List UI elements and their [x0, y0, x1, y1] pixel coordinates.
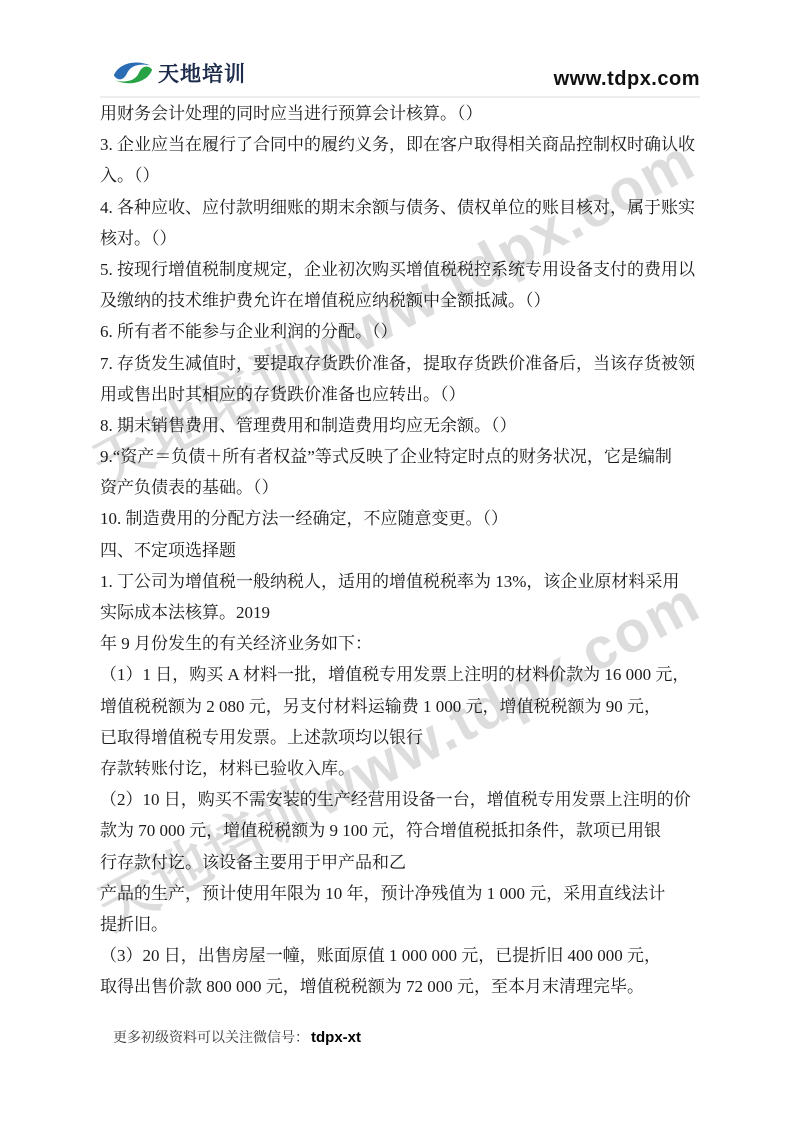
logo: 天地培训 — [113, 58, 246, 88]
text-line: 已取得增值税专用发票。上述款项均以银行 — [100, 722, 740, 753]
text-line: 产品的生产，预计使用年限为 10 年，预计净残值为 1 000 元，采用直线法计 — [100, 878, 740, 909]
text-line: 用或售出时其相应的存货跌价准备也应转出。（） — [100, 379, 740, 410]
text-line: 5. 按现行增值税制度规定，企业初次购买增值税税控系统专用设备支付的费用以 — [100, 254, 740, 285]
header-website-url: www.tdpx.com — [554, 68, 700, 91]
document-body: 用财务会计处理的同时应当进行预算会计核算。（）3. 企业应当在履行了合同中的履约… — [100, 98, 740, 1002]
text-line: 9.“资产＝负债＋所有者权益”等式反映了企业特定时点的财务状况，它是编制 — [100, 441, 740, 472]
text-line: 及缴纳的技术维护费允许在增值税应纳税额中全额抵减。（） — [100, 285, 740, 316]
text-line: 提折旧。 — [100, 909, 740, 940]
text-line: 核对。（） — [100, 223, 740, 254]
text-line: 存款转账付讫，材料已验收入库。 — [100, 753, 740, 784]
document-page: 天地培训www.tdpx.com 天地培训www.tdpx.com 天地培训 w… — [0, 0, 793, 1122]
text-line: （2）10 日，购买不需安装的生产经营用设备一台，增值税专用发票上注明的价 — [100, 784, 740, 815]
text-line: 4. 各种应收、应付款明细账的期末余额与债务、债权单位的账目核对，属于账实 — [100, 192, 740, 223]
logo-swirl-icon — [113, 58, 153, 88]
text-line: （1）1 日，购买 A 材料一批，增值税专用发票上注明的材料价款为 16 000… — [100, 659, 740, 690]
footer-note: 更多初级资料可以关注微信号： — [113, 1031, 309, 1046]
logo-text: 天地培训 — [158, 58, 246, 88]
text-line: 10. 制造费用的分配方法一经确定，不应随意变更。（） — [100, 503, 740, 534]
text-line: 年 9 月份发生的有关经济业务如下： — [100, 628, 740, 659]
footer-wechat-id: tdpx-xt — [309, 1029, 361, 1046]
text-line: 1. 丁公司为增值税一般纳税人，适用的增值税税率为 13%，该企业原材料采用 — [100, 566, 740, 597]
text-line: 实际成本法核算。2019 — [100, 597, 740, 628]
text-line: 增值税税额为 2 080 元，另支付材料运输费 1 000 元，增值税税额为 9… — [100, 691, 740, 722]
text-line: 3. 企业应当在履行了合同中的履约义务，即在客户取得相关商品控制权时确认收 — [100, 129, 740, 160]
text-line: 四、不定项选择题 — [100, 535, 740, 566]
text-line: 6. 所有者不能参与企业利润的分配。（） — [100, 316, 740, 347]
text-line: （3）20 日，出售房屋一幢，账面原值 1 000 000 元，已提折旧 400… — [100, 940, 740, 971]
text-line: 用财务会计处理的同时应当进行预算会计核算。（） — [100, 98, 740, 129]
text-line: 7. 存货发生减值时，要提取存货跌价准备，提取存货跌价准备后，当该存货被领 — [100, 348, 740, 379]
text-line: 8. 期末销售费用、管理费用和制造费用均应无余额。（） — [100, 410, 740, 441]
page-footer: 更多初级资料可以关注微信号：tdpx-xt — [113, 1027, 361, 1047]
text-line: 款为 70 000 元，增值税税额为 9 100 元，符合增值税抵扣条件，款项已… — [100, 815, 740, 846]
text-line: 入。（） — [100, 160, 740, 191]
page-header: 天地培训 www.tdpx.com — [100, 55, 700, 98]
text-line: 取得出售价款 800 000 元，增值税税额为 72 000 元，至本月末清理完… — [100, 971, 740, 1002]
text-line: 行存款付讫。该设备主要用于甲产品和乙 — [100, 847, 740, 878]
text-line: 资产负债表的基础。（） — [100, 472, 740, 503]
